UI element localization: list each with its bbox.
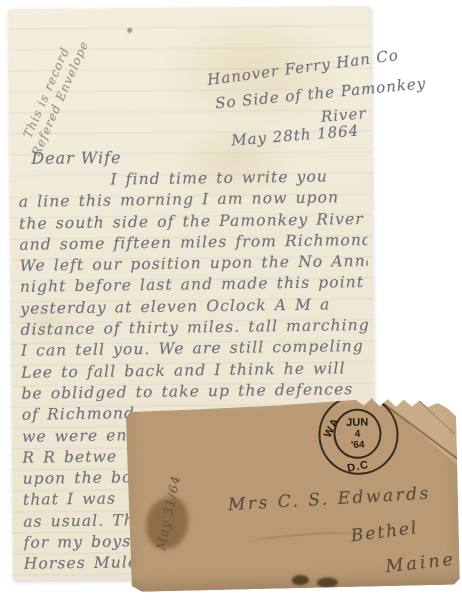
letter-heading: Hanover Ferry Han Co So Side of the Pamo… [8,6,370,9]
address-recipient: Mrs C. S. Edwards [228,484,432,516]
postmark-year: '64 [351,439,365,450]
address-state: Maine [385,550,457,578]
heading-date-line: May 28th 1864 [231,121,360,149]
postmark-date-circle: JUN 4 '64 [333,408,382,459]
envelope-spot [317,577,338,587]
envelope-smudge [249,530,359,547]
envelope: May 31/64 WA D.C JUN 4 '64 Mrs C. S. Edw… [126,395,460,592]
postmark-month: JUN [346,417,368,428]
salutation: Dear Wife [31,148,121,168]
address-town: Bethel [350,518,420,546]
envelope-spot [292,575,309,585]
postmark-state-arc: D.C [346,459,370,475]
postmark-day: 4 [355,428,361,439]
postmark-stamp: WA D.C JUN 4 '64 [318,394,400,476]
scanned-letter-photo: This is record Refered Envelope Hanover … [0,0,462,600]
